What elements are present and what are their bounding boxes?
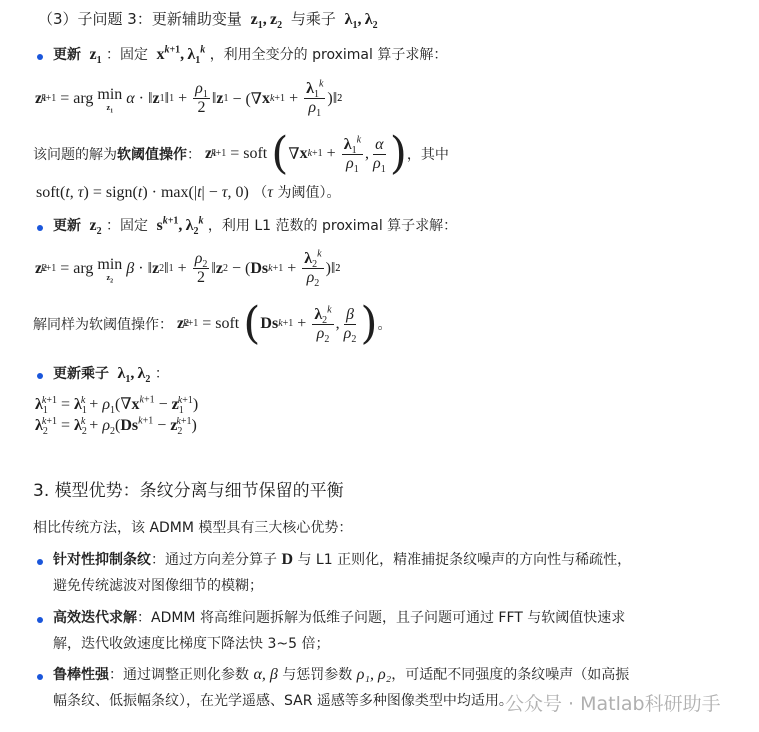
advantage-item-2: 高效迭代求解：ADMM 将高维问题拆解为低维子问题，且子问题可通过 FFT 与软… [53, 607, 625, 627]
math-fixed: xk+1, λ1k [152, 46, 205, 63]
title-text: （3）子问题 3：更新辅助变量 [38, 10, 242, 28]
sol-prefix: 该问题的解为 [33, 144, 117, 164]
soft-definition: soft(t, τ) = sign(t) · max(|t| − τ, 0) （… [36, 182, 340, 202]
title-math-z: z1, z2 [247, 11, 286, 28]
solution-z1: 该问题的解为 软阈值操作 ： z1k+1 = soft (∇xk+1 + λ1k… [33, 132, 449, 176]
watermark: 公众号 · Matlab科研助手 [505, 689, 721, 716]
bullet-icon [37, 617, 43, 623]
desc-text: ，利用全变分的 proximal 算子求解： [210, 47, 448, 63]
title-math-lambda: λ1, λ2 [341, 11, 378, 28]
advantage-item-1: 针对性抑制条纹：通过方向差分算子 D 与 L1 正则化，精准捕捉条纹噪声的方向性… [53, 549, 631, 569]
bullet-icon [37, 674, 43, 680]
bullet-update-z2: 更新 z2 ：固定 sk+1, λ2k ，利用 L1 范数的 proximal … [53, 215, 457, 235]
bullet-icon [37, 559, 43, 565]
advantage-item-2-line2: 解，迭代收敛速度比梯度下降法快 3~5 倍； [53, 633, 329, 653]
solution-z2: 解同样为软阈值操作： z2k+1 = soft (Dsk+1 + λ2kρ2, … [33, 302, 391, 346]
item-bold: 鲁棒性强 [53, 667, 109, 683]
advantage-item-1-line2: 避免传统滤波对图像细节的模糊； [53, 575, 263, 595]
bold-label: 更新乘子 [53, 366, 109, 382]
sol-prefix: 解同样为软阈值操作： [33, 314, 173, 334]
sol-colon: ： [187, 144, 201, 164]
note-open: （ [253, 185, 267, 201]
math-soft-z2: z2k+1 = soft (Dsk+1 + λ2kρ2, βρ2 ) [173, 302, 377, 346]
bullet-icon [37, 54, 43, 60]
equation-z1-update: z1k+1 = arg minz1 α · ‖z1‖1 + ρ12 ‖z1 − … [35, 80, 342, 117]
advantages-intro: 相比传统方法，该 ADMM 模型具有三大核心优势： [33, 517, 352, 537]
advantage-item-3-line2: 幅条纹、低振幅条纹），在光学遥感、SAR 遥感等多种图像类型中均适用。 [53, 690, 513, 710]
item-bold: 高效迭代求解 [53, 610, 137, 626]
colon-text: ：固定 [106, 218, 148, 234]
desc-text: ，利用 L1 范数的 proximal 算子求解： [208, 218, 457, 234]
bold-label: 更新 [53, 47, 81, 63]
equation-z2-update: z2k+1 = arg minz2 β · ‖z2‖1 + ρ22 ‖z2 − … [35, 250, 340, 287]
equation-lambda2: λ2k+1 = λ2k + ρ2(Dsk+1 − z2k+1) [35, 417, 197, 435]
note-text: 为阈值）。 [273, 185, 340, 201]
advantage-item-3: 鲁棒性强：通过调整正则化参数 α, β 与惩罚参数 ρ₁, ρ₂，可适配不同强度… [53, 664, 629, 684]
sol-suffix: 。 [377, 314, 391, 334]
bullet-update-lambda: 更新乘子 λ1, λ2 ： [53, 363, 169, 383]
bullet-icon [37, 373, 43, 379]
bullet-icon [37, 225, 43, 231]
math-fixed: sk+1, λ2k [152, 217, 203, 234]
math-D: D [281, 551, 293, 568]
bullet-update-z1: 更新 z1 ：固定 xk+1, λ1k ，利用全变分的 proximal 算子求… [53, 44, 447, 64]
math-soft-z1: z1k+1 = soft (∇xk+1 + λ1kρ1, αρ1 ) [201, 132, 407, 176]
math-alpha-beta: α, β [253, 666, 277, 683]
item-text: 与惩罚参数 [278, 667, 357, 683]
sol-bold: 软阈值操作 [117, 144, 187, 164]
math-z1: z1 [85, 46, 101, 63]
item-bold: 针对性抑制条纹 [53, 552, 151, 568]
subproblem-3-title: （3）子问题 3：更新辅助变量 z1, z2 与乘子 λ1, λ2 [38, 8, 378, 29]
item-text: ：ADMM 将高维问题拆解为低维子问题，且子问题可通过 FFT 与软阈值快速求 [137, 610, 625, 626]
colon-text: ：固定 [106, 47, 148, 63]
math-rho: ρ₁, ρ₂ [357, 666, 391, 683]
title-mid: 与乘子 [291, 10, 336, 28]
soft-formula: soft(t, τ) = sign(t) · max(|t| − τ, 0) [36, 184, 249, 201]
bold-label: 更新 [53, 218, 81, 234]
section-heading-advantages: 3. 模型优势：条纹分离与细节保留的平衡 [33, 476, 344, 501]
colon-text: ： [155, 366, 169, 382]
math-z2: z2 [85, 217, 101, 234]
item-text: ，可适配不同强度的条纹噪声（如高振 [391, 667, 629, 683]
item-text: 与 L1 正则化，精准捕捉条纹噪声的方向性与稀疏性， [293, 552, 631, 568]
sol-suffix: ，其中 [407, 144, 449, 164]
item-text: ：通过调整正则化参数 [109, 667, 253, 683]
item-text: ：通过方向差分算子 [151, 552, 281, 568]
math-lambdas: λ1, λ2 [113, 365, 150, 382]
equation-lambda1: λ1k+1 = λ1k + ρ1(∇xk+1 − z1k+1) [35, 394, 198, 414]
